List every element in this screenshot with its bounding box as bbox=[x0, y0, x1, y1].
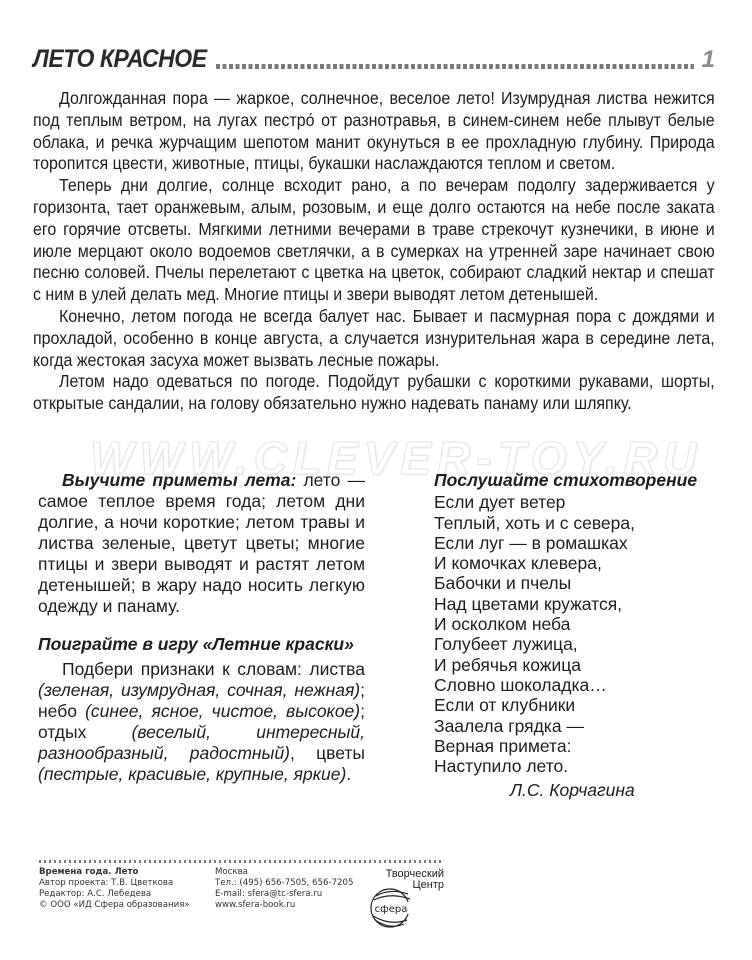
flowers-word: , цветы bbox=[290, 743, 365, 763]
game-text: Подбери признаки к словам: листва (зелен… bbox=[38, 659, 365, 785]
sky-traits: (синее, ясное, чистое, высокое) bbox=[85, 701, 360, 721]
copyright: © ООО «ИД Сфера образования» bbox=[39, 900, 190, 911]
game-heading: Поиграйте в игру «Летние краски» bbox=[38, 634, 365, 655]
sfera-logo-icon: сфера bbox=[370, 882, 414, 930]
poem-line: И осколком неба bbox=[434, 614, 734, 634]
city: Москва bbox=[215, 867, 353, 878]
page-title: ЛЕТО КРАСНОЕ bbox=[33, 45, 207, 74]
email: E-mail: sfera@tc-sfera.ru bbox=[215, 889, 353, 900]
poem-line: Голубеет лужица, bbox=[434, 634, 734, 654]
poem-line: Заалела грядка — bbox=[434, 716, 734, 736]
page-header: ЛЕТО КРАСНОЕ 1 bbox=[33, 42, 715, 74]
publisher-logo: Творческий Центр сфера bbox=[368, 868, 444, 930]
intro-text: Долгожданная пора — жаркое, солнечное, в… bbox=[33, 88, 715, 415]
logo-text-line2: Центр bbox=[413, 879, 445, 891]
left-column: Выучите приметы лета: лето — самое тепло… bbox=[38, 470, 365, 785]
poem-line: Бабочки и пчелы bbox=[434, 573, 734, 593]
footer-contacts: Москва Тел.: (495) 656-7505, 656-7205 E-… bbox=[215, 867, 353, 911]
leaves-traits: (зеленая, изумрудная, сочная, нежная) bbox=[38, 680, 360, 700]
intro-paragraph: Летом надо одеваться по погоде. Подойдут… bbox=[33, 371, 715, 415]
flowers-traits: (пестрые, красивые, крупные, яркие) bbox=[38, 764, 346, 784]
phone: Тел.: (495) 656-7505, 656-7205 bbox=[215, 878, 353, 889]
signs-heading: Выучите приметы лета: bbox=[62, 470, 296, 490]
poem-line: И ребячья кожица bbox=[434, 655, 734, 675]
intro-paragraph: Теперь дни долгие, солнце всходит рано, … bbox=[33, 175, 715, 306]
poem-line: Над цветами кружатся, bbox=[434, 594, 734, 614]
game-end: . bbox=[346, 764, 351, 784]
poem-line: И комочках клевера, bbox=[434, 553, 734, 573]
game-intro: Подбери признаки к словам: листва bbox=[62, 659, 365, 679]
footer-publication-info: Времена года. Лето Автор проекта: Т.В. Ц… bbox=[39, 867, 190, 911]
poem-line: Если от клубники bbox=[434, 695, 734, 715]
page-number: 1 bbox=[702, 46, 715, 74]
poem-line: Наступило лето. bbox=[434, 756, 734, 776]
book-title: Времена года. Лето bbox=[39, 867, 190, 878]
poem-line: Теплый, хоть и с севера, bbox=[434, 513, 734, 533]
poem-heading: Послушайте стихотворение bbox=[434, 470, 734, 490]
poem-line: Верная примета: bbox=[434, 736, 734, 756]
intro-paragraph: Долгожданная пора — жаркое, солнечное, в… bbox=[33, 88, 715, 175]
signs-text: лето — самое теплое время года; летом дн… bbox=[38, 470, 365, 616]
logo-word: сфера bbox=[375, 904, 408, 915]
poem-author: Л.С. Корчагина bbox=[434, 780, 734, 800]
poem-line: Словно шоколадка… bbox=[434, 675, 734, 695]
editor: Редактор: А.С. Лебедева bbox=[39, 889, 190, 900]
dotted-leader bbox=[216, 64, 694, 69]
summer-signs: Выучите приметы лета: лето — самое тепло… bbox=[38, 470, 365, 617]
poem-line: Если луг — в ромашках bbox=[434, 533, 734, 553]
footer-divider bbox=[39, 860, 442, 863]
intro-paragraph: Конечно, летом погода не всегда балует н… bbox=[33, 306, 715, 371]
project-author: Автор проекта: Т.В. Цветкова bbox=[39, 878, 190, 889]
poem-column: Послушайте стихотворение Если дует ветер… bbox=[434, 470, 734, 801]
website: www.sfera-book.ru bbox=[215, 900, 353, 911]
poem-line: Если дует ветер bbox=[434, 492, 734, 512]
